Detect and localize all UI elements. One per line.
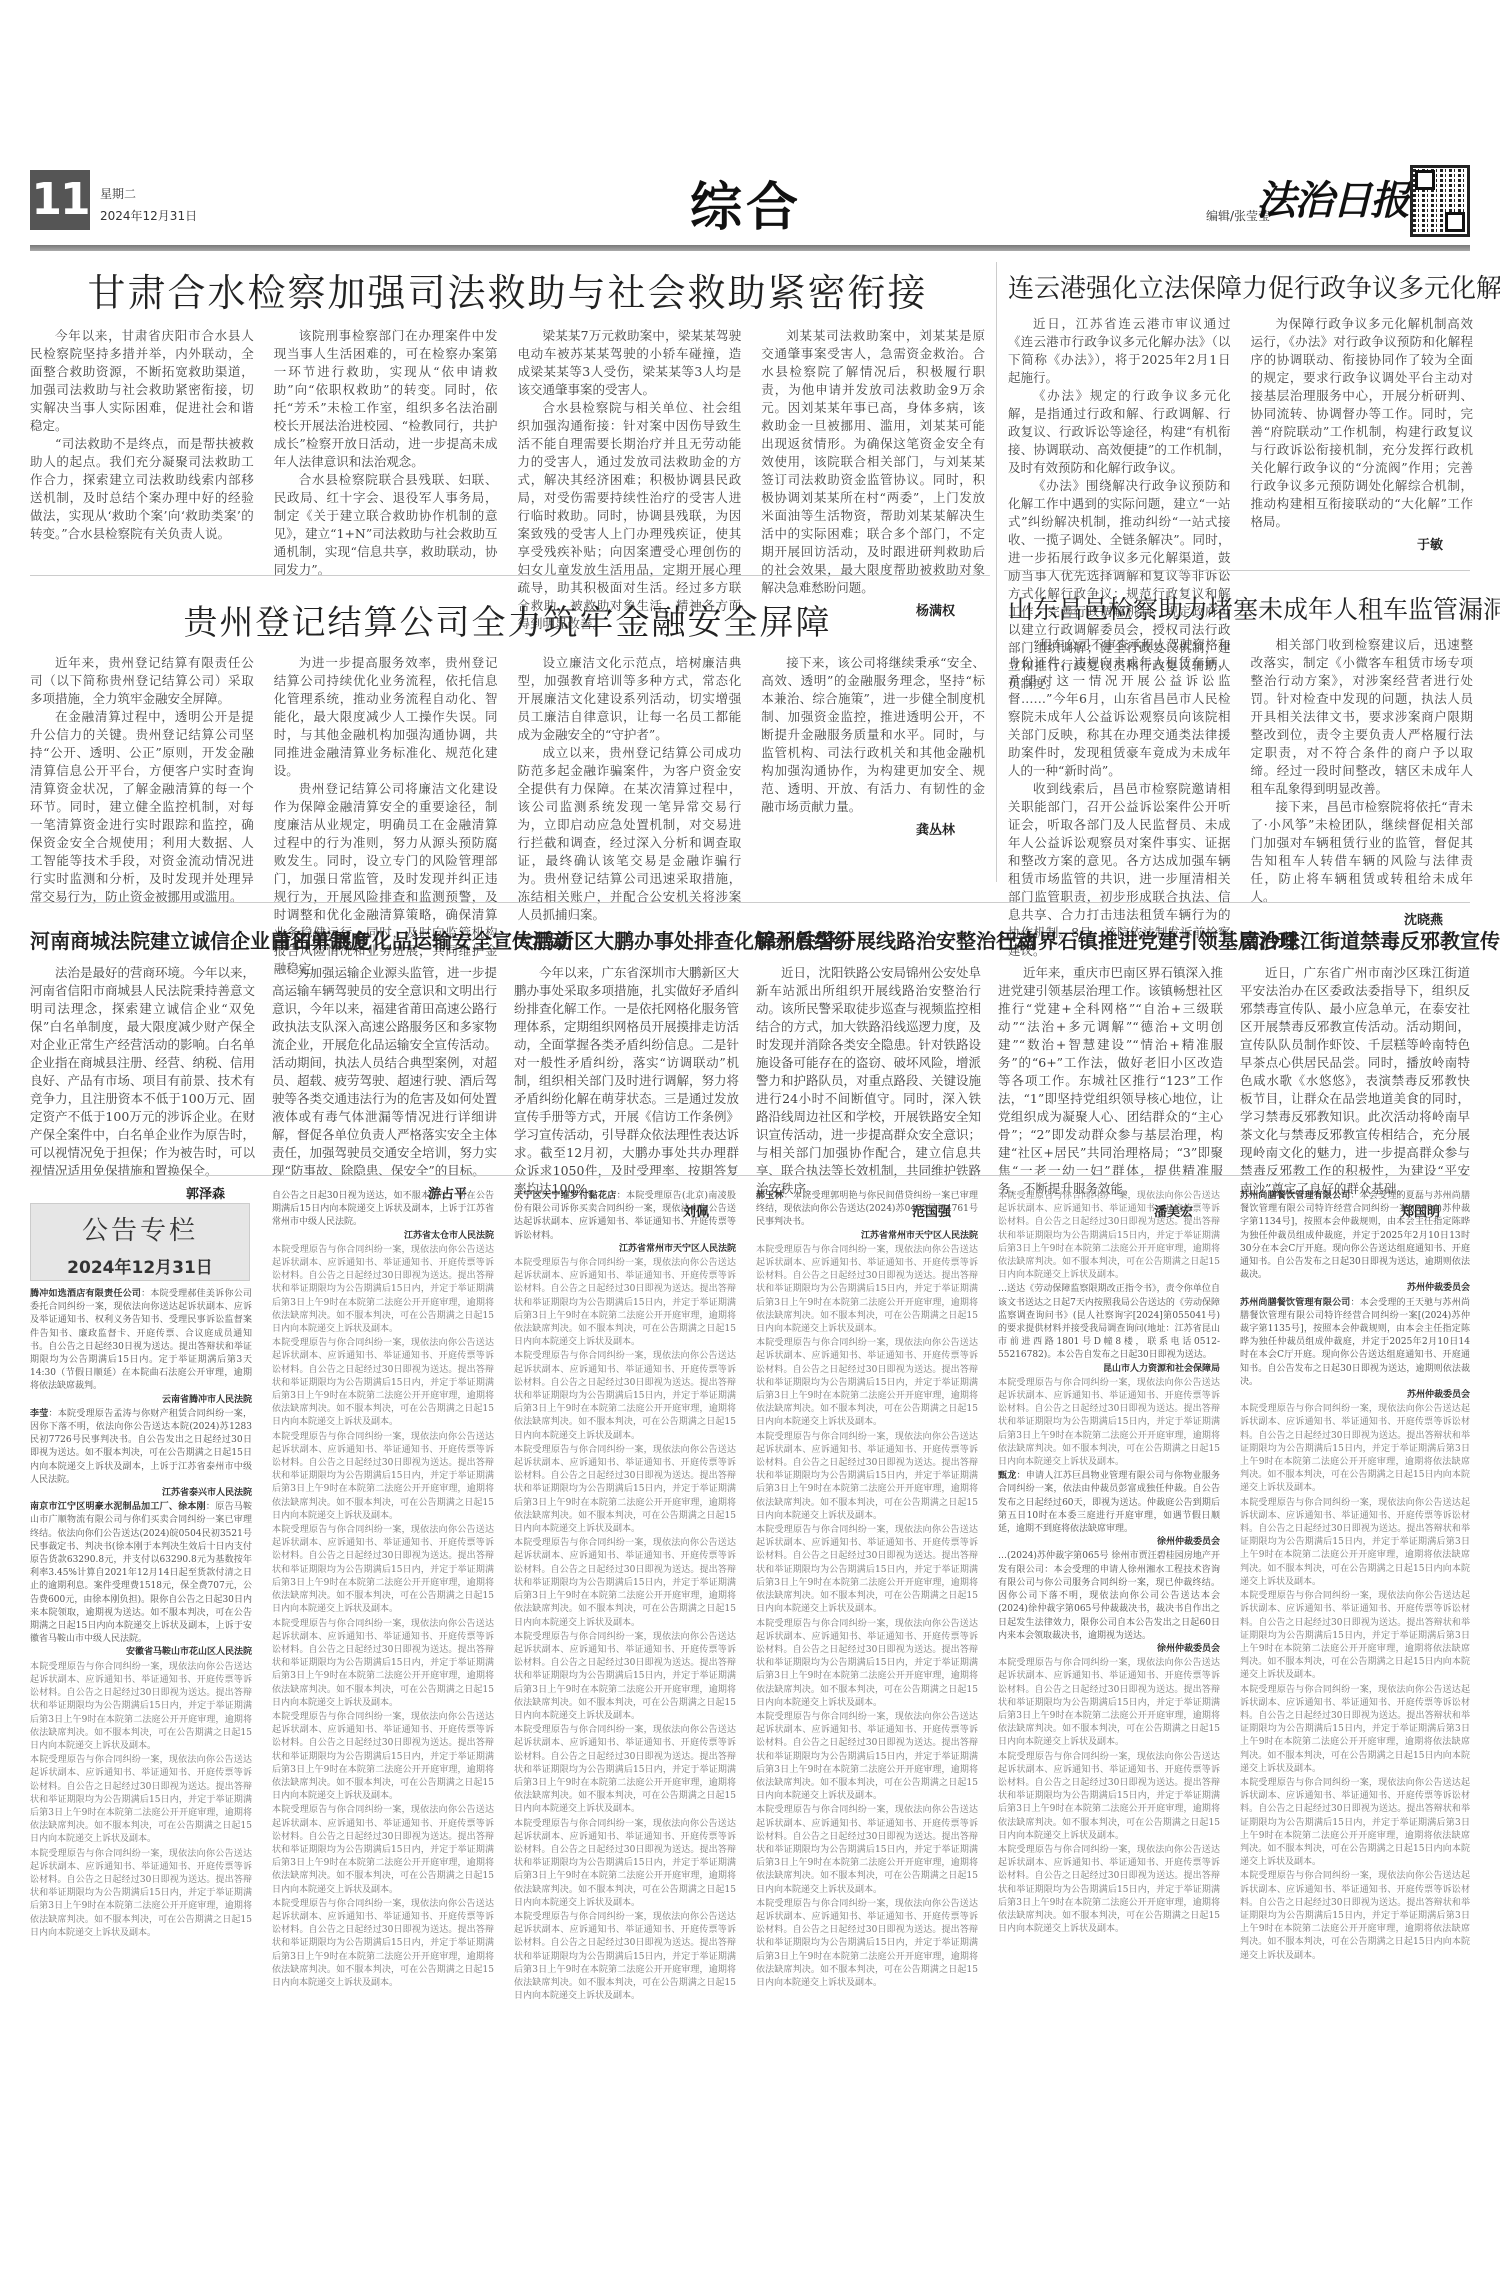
notice-item: 本院受理原告与你合同纠纷一案，现依法向你公告送达起诉状副本、应诉通知书、举证通知… — [30, 1848, 252, 1940]
article-column: 法治是最好的营商环境。今年以来，河南省信阳市商城县人民法院秉持善意文明司法理念，… — [30, 964, 255, 1204]
article-henan: 河南商城法院建立诚信企业白名单制度 法治是最好的营商环境。今年以来，河南省信阳市… — [30, 925, 255, 1204]
notice-text: 本院受理原告与你合同纠纷一案，现依法向你公告送达起诉状副本、应诉通知书、举证通知… — [272, 1338, 494, 1427]
notice-item: 本院受理原告与你合同纠纷一案，现依法向你公告送达起诉状副本、应诉通知书、举证通知… — [272, 1244, 494, 1336]
article-banan: 巴南界石镇推进党建引领基层治理 近年来，重庆市巴南区界石镇深入推进党建引领基层治… — [998, 925, 1223, 1222]
notice-party: 南京市江宁区明豪水泥制品加工厂、徐本刚 — [30, 1502, 206, 1512]
article-guizhou: 贵州登记结算公司全力筑牢金融安全屏障 近年来，贵州登记结算有限责任公司（以下简称… — [30, 595, 985, 978]
paragraph: 今年以来，甘肃省庆阳市合水县人民检察院坚持多措并举，内外联动，全面整合救助资源，… — [30, 327, 254, 435]
section-divider — [1004, 570, 1470, 571]
notice-text: 本会受理的王天驰与苏州尚膳餐饮管理有限公司特许经营合同纠纷一案[(2024)苏仲… — [1240, 1298, 1470, 1387]
notice-item: 本院受理原告与你合同纠纷一案，现依法向你公告送达起诉状副本、应诉通知书、举证通知… — [756, 1337, 978, 1429]
paragraph: 为进一步提高服务效率，贵州登记结算公司持续优化业务流程，依托信息化管理系统，推动… — [274, 654, 498, 780]
notice-item: 本院受理原告与你合同纠纷一案，现依法向你公告送达起诉状副本、应诉通知书、举证通知… — [272, 1898, 494, 1990]
notice-text: 本院受理原告与你合同纠纷一案，现依法向你公告送达起诉状副本、应诉通知书、举证通知… — [998, 1845, 1220, 1934]
notice-issuer: 苏州仲裁委员会 — [1240, 1389, 1470, 1402]
paragraph: 为保障行政争议多元化解机制高效运行，《办法》对行政争议预防和化解程序的协调联动、… — [1251, 315, 1474, 531]
notice-issuer: 江苏省常州市天宁区人民法院 — [756, 1230, 978, 1243]
notice-item: 本院受理原告与你合同纠纷一案，现依法向你公告送达起诉状副本、应诉通知书、举证通知… — [756, 1618, 978, 1710]
notice-party: 苏州尚膳餐饮管理有限公司 — [1240, 1191, 1350, 1201]
notice-column: 自公告之日起30日视为送达，如不服本判决，可在公告期满后15日内向本院递交上诉状… — [272, 1190, 494, 2265]
notice-item: 本院受理原告与你合同纠纷一案，现依法向你公告送达起诉状副本、应诉通知书、举证通知… — [514, 1257, 736, 1349]
page-number: 11 — [30, 170, 90, 230]
notice-text: 本院受理原告与你合同纠纷一案，现依法向你公告送达起诉状副本、应诉通知书、举证通知… — [272, 1805, 494, 1894]
article-gansu: 甘肃合水检察加强司法救助与社会救助紧密衔接 今年以来，甘肃省庆阳市合水县人民检察… — [30, 262, 985, 633]
notice-item: 本院受理原告与你合同纠纷一案，现依法向你公告送达起诉状副本、应诉通知书、举证通知… — [998, 1844, 1220, 1936]
paragraph: 合水县检察院联合县残联、妇联、民政局、红十字会、退役军人事务局，制定《关于建立联… — [274, 471, 498, 579]
notice-column: 苏州尚膳餐饮管理有限公司：本会受理的夏磊与苏州尚膳餐饮管理有限公司特许经营合同纠… — [1240, 1190, 1470, 2265]
notice-issuer: 江苏省太仓市人民法院 — [272, 1230, 494, 1243]
notice-text: 本院受理原告与你合同纠纷一案，现依法向你公告送达起诉状副本、应诉通知书、举证通知… — [514, 1351, 736, 1440]
notice-item: 本院受理原告与你合同纠纷一案，现依法向你公告送达起诉状副本、应诉通知书、举证通知… — [272, 1337, 494, 1429]
paragraph: 《办法》规定的行政争议多元化解，是指通过行政和解、行政调解、行政复议、行政诉讼等… — [1008, 387, 1231, 477]
article-nansha: 南沙珠江街道禁毒反邪教宣传进社区 近日，广东省广州市南沙区珠江街道平安法治办在区… — [1240, 925, 1470, 1222]
notice-item: 南京市江宁区明豪水泥制品加工厂、徐本刚：原告马鞍山市广顺物流有限公司与你们买卖合… — [30, 1501, 252, 1659]
notice-item: 本院受理原告与你合同纠纷一案，现依法向你公告送达起诉状副本、应诉通知书、举证通知… — [756, 1711, 978, 1803]
paragraph: 接下来，该公司将继续秉承“安全、高效、透明”的金融服务理念，坚持“标本兼治、综合… — [761, 654, 985, 816]
section-divider — [30, 1175, 1470, 1176]
notice-item: 本院受理原告与你合同纠纷一案，现依法向你公告送达起诉状副本、应诉通知书、举证通知… — [756, 1804, 978, 1896]
notice-text: 本院受理原告与你合同纠纷一案，现依法向你公告送达起诉状副本、应诉通知书、举证通知… — [756, 1525, 978, 1614]
notice-column: 天宁区天宁维罗付黏花店：本院受理原告(北京)南凌股份有限公司诉你买卖合同纠纷一案… — [514, 1190, 736, 2265]
notice-item: 本院受理原告与你合同纠纷一案，现依法向你公告送达起诉状副本、应诉通知书、举证通知… — [272, 1711, 494, 1803]
notice-item: 本院受理原告与你合同纠纷一案，现依法向你公告送达起诉状副本、应诉通知书、举证通知… — [998, 1751, 1220, 1843]
paragraph: “租车公司不审查承租人驾驶资格和身份证件，违规向未成年人租赁车辆，希望对这一情况… — [1008, 636, 1231, 780]
notice-item: 本院受理原告与你合同纠纷一案，现依法向你公告送达起诉状副本、应诉通知书、举证通知… — [998, 1657, 1220, 1749]
paragraph: 近年来，贵州登记结算有限责任公司（以下简称贵州登记结算公司）采取多项措施，全力筑… — [30, 654, 254, 708]
notice-text: 本院受理原告与你合同纠纷一案，现依法向你公告送达起诉状副本、应诉通知书、举证通知… — [756, 1619, 978, 1708]
notice-item: 本院受理原告与你合同纠纷一案，现依法向你公告送达起诉状副本、应诉通知书、举证通知… — [514, 1350, 736, 1442]
notice-item: 本院受理原告与你合同纠纷一案，现依法向你公告送达起诉状副本、应诉通知书、举证通知… — [1240, 1403, 1470, 1495]
article-jinzhou: 锦州铁警开展线路治安整治行动 近日，沈阳铁路公安局锦州公安处阜新车站派出所组织开… — [756, 925, 981, 1222]
notice-text: …送达《劳动保障监察限期改正指令书》，责令你单位自该文书送达之日起7天内按照我局… — [998, 1284, 1220, 1360]
notice-item: 本院受理原告与你合同纠纷一案，现依法向你公告送达起诉状副本、应诉通知书、举证通知… — [756, 1898, 978, 1990]
notice-item: 本院受理原告与你合同纠纷一案，现依法向你公告送达起诉状副本、应诉通知书、举证通知… — [514, 1444, 736, 1536]
article-column: 近日，广东省广州市南沙区珠江街道平安法治办在区委政法委指导下，组织反邪禁毒宣传队… — [1240, 964, 1470, 1222]
notice-section-title: 公告专栏 — [31, 1210, 249, 1247]
notice-text: 本会受理的夏磊与苏州尚膳餐饮管理有限公司特许经营合同纠纷一案[(2024)苏仲裁… — [1240, 1191, 1470, 1280]
notice-text: 本院受理原告与你合同纠纷一案，现依法向你公告送达起诉状副本、应诉通知书、举证通知… — [272, 1712, 494, 1801]
notice-text: 本院受理原告与你合同纠纷一案，现依法向你公告送达起诉状副本、应诉通知书、举证通知… — [756, 1338, 978, 1427]
notice-text: 本院受理原告与你合同纠纷一案，现依法向你公告送达起诉状副本、应诉通知书、举证通知… — [272, 1432, 494, 1521]
byline: 龚丛林 — [761, 822, 985, 840]
paragraph: 接下来，昌邑市检察院将依托“青未了·小风筝”未检团队，继续督促相关部门加强对车辆… — [1251, 798, 1474, 906]
notice-text: 本院受理原告与你合同纠纷一案，现依法向你公告送达起诉状副本、应诉通知书、举证通知… — [756, 1899, 978, 1988]
notice-item: 本院受理原告与你合同纠纷一案，现依法向你公告送达起诉状副本、应诉通知书、举证通知… — [514, 1818, 736, 1910]
notice-text: 本院受理原告与你合同纠纷一案，现依法向你公告送达起诉状副本、应诉通知书、举证通知… — [998, 1752, 1220, 1841]
notice-text: 本院受理原告与你合同纠纷一案，现依法向你公告送达起诉状副本、应诉通知书、举证通知… — [272, 1619, 494, 1708]
notice-item: 天宁区天宁维罗付黏花店：本院受理原告(北京)南凌股份有限公司诉你买卖合同纠纷一案… — [514, 1190, 736, 1256]
paragraph: 成立以来，贵州登记结算公司成功防范多起金融诈骗案件，为客户资金安全提供有力保障。… — [518, 744, 742, 924]
notice-item: 本院受理原告与你合同纠纷一案，现依法向你公告送达起诉状副本、应诉通知书、举证通知… — [514, 1537, 736, 1629]
paragraph: 近年来，重庆市巴南区界石镇深入推进党建引领基层治理工作。该镇畅想社区推行“党建+… — [998, 964, 1223, 1198]
paragraph: 梁某某7万元救助案中，梁某某驾驶电动车被苏某某驾驶的小轿车碰撞，造成梁某某等3人… — [518, 327, 742, 399]
paragraph: 相关部门收到检察建议后，迅速整改落实，制定《小微客车租赁市场专项整治行动方案》，… — [1251, 636, 1474, 798]
page-header: 11 星期二 2024年12月31日 综合 编辑/张莹莹 法治日报 — [30, 165, 1470, 245]
article-dapeng: 大鹏新区大鹏办事处排查化解矛盾纠纷 今年以来，广东省深圳市大鹏新区大鹏办事处采取… — [514, 925, 739, 1222]
notice-party: 甄龙 — [998, 1471, 1017, 1481]
notice-text: 本院受理原告与你合同纠纷一案，现依法向你公告送达起诉状副本、应诉通知书、举证通知… — [1240, 1591, 1470, 1680]
newspaper-logo: 法治日报 — [1256, 169, 1408, 226]
qr-code-icon — [1410, 165, 1470, 237]
notice-text: 本院受理原告与你合同纠纷一案，现依法向你公告送达起诉状副本、应诉通知书、举证通知… — [998, 1378, 1220, 1467]
article-column: 该院刑事检察部门在办理案件中发现当事人生活困难的，可在检察办案第一环节进行救助，… — [274, 327, 498, 633]
notice-item: 本院受理原告与你合同纠纷一案，现依法向你公告送达起诉状副本、应诉通知书、举证通知… — [756, 1244, 978, 1336]
notice-text: 自公告之日起30日视为送达，如不服本判决，可在公告期满后15日内向本院递交上诉状… — [272, 1191, 494, 1227]
notice-item: 本院受理原告与你合同纠纷一案，现依法向你公告送达起诉状副本、应诉通知书、举证通知… — [1240, 1684, 1470, 1776]
article-column: 今年以来，甘肃省庆阳市合水县人民检察院坚持多措并举，内外联动，全面整合救助资源，… — [30, 327, 254, 633]
notice-item: 本院受理原告与你合同纠纷一案，现依法向你公告送达起诉状副本、应诉通知书、举证通知… — [1240, 1777, 1470, 1869]
notice-text: 本院受理郝佳美诉你公司委托合同纠纷一案，现依法向你送达起诉状副本、应诉及举证通知… — [30, 1289, 252, 1391]
notice-text: 本院受理原告与你合同纠纷一案，现依法向你公告送达起诉状副本、应诉通知书、举证通知… — [514, 1819, 736, 1908]
notice-text: 本院受理原告与你合同纠纷一案，现依法向你公告送达起诉状副本、应诉通知书、举证通知… — [30, 1662, 252, 1751]
notice-issuer: 徐州仲裁委员会 — [998, 1536, 1220, 1549]
paragraph: 设立廉洁文化示范点，培树廉洁典型，加强教育培训等多种方式，常态化开展廉洁文化建设… — [518, 654, 742, 744]
notice-text: 申请人江苏巨昌物业管理有限公司与你物业服务合同纠纷一案，依法由仲裁员彭富成独任仲… — [998, 1471, 1220, 1534]
notice-text: 本院受理原告与你合同纠纷一案，现依法向你公告送达起诉状副本、应诉通知书、举证通知… — [756, 1245, 978, 1334]
notice-item: 本院受理原告与你合同纠纷一案，现依法向你公告送达起诉状副本、应诉通知书、举证通知… — [272, 1804, 494, 1896]
notice-text: 本院受理原告与你合同纠纷一案，现依法向你公告送达起诉状副本、应诉通知书、举证通知… — [514, 1258, 736, 1347]
article-column: 梁某某7万元救助案中，梁某某驾驶电动车被苏某某驾驶的小轿车碰撞，造成梁某某等3人… — [518, 327, 742, 633]
article-headline: 贵州登记结算公司全力筑牢金融安全屏障 — [30, 595, 985, 644]
notice-item: 本院受理原告与你合同纠纷一案，现依法向你公告送达起诉状副本、应诉通知书、举证通知… — [1240, 1497, 1470, 1589]
notice-text: 本院受理原告与你合同纠纷一案，现依法向你公告送达起诉状副本、应诉通知书、举证通知… — [514, 1538, 736, 1627]
notice-text: 本院受理原告与你合同纠纷一案，现依法向你公告送达起诉状副本、应诉通知书、举证通知… — [1240, 1685, 1470, 1774]
paragraph: 近日，江苏省连云港市审议通过《连云港市行政争议多元化解办法》（以下简称《办法》）… — [1008, 315, 1231, 387]
paragraph: 为加强运输企业源头监管，进一步提高运输车辆驾驶员的安全意识和文明出行意识，今年以… — [272, 964, 497, 1180]
notice-item: 本院受理原告与你合同纠纷一案，现依法向你公告送达起诉状副本、应诉通知书、举证通知… — [998, 1190, 1220, 1282]
notice-item: 本院受理原告与你合同纠纷一案，现依法向你公告送达起诉状副本、应诉通知书、举证通知… — [756, 1524, 978, 1616]
article-column: 相关部门收到检察建议后，迅速整改落实，制定《小微客车租赁市场专项整治行动方案》，… — [1251, 636, 1474, 960]
article-headline: 河南商城法院建立诚信企业白名单制度 — [30, 925, 255, 954]
notice-text: 本院受理原告与你合同纠纷一案，现依法向你公告送达起诉状副本、应诉通知书、举证通知… — [1240, 1871, 1470, 1960]
column-divider — [996, 262, 997, 882]
article-headline: 大鹏新区大鹏办事处排查化解矛盾纠纷 — [514, 925, 739, 954]
paragraph: “司法救助不是终点，而是帮扶被救助人的起点。我们充分凝聚司法救助工作合力，探索建… — [30, 435, 254, 543]
article-headline: 巴南界石镇推进党建引领基层治理 — [998, 925, 1223, 954]
notice-column: 郝玉林：本院受理郭明艳与你民间借贷纠纷一案已审理终结，现依法向你公告送达(202… — [756, 1190, 978, 2265]
notice-text: 本院受理原告与你合同纠纷一案，现依法向你公告送达起诉状副本、应诉通知书、举证通知… — [272, 1525, 494, 1614]
article-headline: 南沙珠江街道禁毒反邪教宣传进社区 — [1240, 925, 1470, 954]
notice-item: …送达《劳动保障监察限期改正指令书》，责令你单位自该文书送达之日起7天内按照我局… — [998, 1283, 1220, 1375]
notice-party: 苏州尚膳餐饮管理有限公司 — [1240, 1298, 1350, 1308]
notice-item: …(2024)苏仲裁字第065号 徐州市贾汪碧桂园房地产开发有限公司：本会受理的… — [998, 1550, 1220, 1656]
notice-text: 原告马鞍山市广顺物流有限公司与你们买卖合同纠纷一案已审理终结。依法向你们公告送达… — [30, 1502, 252, 1644]
issue-date: 2024年12月31日 — [100, 205, 197, 227]
notice-item: 本院受理原告与你合同纠纷一案，现依法向你公告送达起诉状副本、应诉通知书、举证通知… — [514, 1631, 736, 1723]
notice-text: 本院受理原告与你合同纠纷一案，现依法向你公告送达起诉状副本、应诉通知书、举证通知… — [514, 1725, 736, 1814]
notice-text: 本院受理原告与你合同纠纷一案，现依法向你公告送达起诉状副本、应诉通知书、举证通知… — [30, 1849, 252, 1938]
notice-item: 本院受理原告与你合同纠纷一案，现依法向你公告送达起诉状副本、应诉通知书、举证通知… — [30, 1661, 252, 1753]
notice-item: 自公告之日起30日视为送达，如不服本判决，可在公告期满后15日内向本院递交上诉状… — [272, 1190, 494, 1243]
section-divider — [30, 902, 1470, 903]
notice-item: 甄龙：申请人江苏巨昌物业管理有限公司与你物业服务合同纠纷一案，依法由仲裁员彭富成… — [998, 1470, 1220, 1549]
notice-item: 李莹：本院受理原告孟涛与你财产租赁合同纠纷一案，因你下落不明，依法向你公告送达本… — [30, 1408, 252, 1500]
byline: 郭泽森 — [30, 1186, 255, 1204]
notice-item: 本院受理原告与你合同纠纷一案，现依法向你公告送达起诉状副本、应诉通知书、举证通知… — [1240, 1590, 1470, 1682]
header-rule — [30, 245, 1470, 251]
notice-text: 本院受理原告与你合同纠纷一案，现依法向你公告送达起诉状副本、应诉通知书、举证通知… — [30, 1755, 252, 1844]
notice-text: 本院受理原告与你合同纠纷一案，现依法向你公告送达起诉状副本、应诉通知书、举证通知… — [756, 1712, 978, 1801]
notice-text: 本院受理原告与你合同纠纷一案，现依法向你公告送达起诉状副本、应诉通知书、举证通知… — [272, 1899, 494, 1988]
article-shandong: 山东昌邑检察助力堵塞未成年人租车监管漏洞 “租车公司不审查承租人驾驶资格和身份证… — [1008, 590, 1473, 960]
notice-text: 本院受理原告与你合同纠纷一案，现依法向你公告送达起诉状副本、应诉通知书、举证通知… — [998, 1658, 1220, 1747]
notice-item: 本院受理原告与你合同纠纷一案，现依法向你公告送达起诉状副本、应诉通知书、举证通知… — [272, 1431, 494, 1523]
article-headline: 莆田开展危化品运输安全宣传活动 — [272, 925, 497, 954]
article-column: 今年以来，广东省深圳市大鹏新区大鹏办事处采取多项措施，扎实做好矛盾纠纷排查化解工… — [514, 964, 739, 1222]
notice-text: 本院受理原告与你合同纠纷一案，现依法向你公告送达起诉状副本、应诉通知书、举证通知… — [756, 1805, 978, 1894]
notice-text: 本院受理原告与你合同纠纷一案，现依法向你公告送达起诉状副本、应诉通知书、举证通知… — [998, 1191, 1220, 1280]
notice-text: 本院受理原告与你合同纠纷一案，现依法向你公告送达起诉状副本、应诉通知书、举证通知… — [514, 1445, 736, 1534]
notice-item: 本院受理原告与你合同纠纷一案，现依法向你公告送达起诉状副本、应诉通知书、举证通知… — [30, 1754, 252, 1846]
notice-text: 本院受理郭明艳与你民间借贷纠纷一案已审理终结，现依法向你公告送达(2024)苏0… — [756, 1191, 978, 1227]
notice-item: 本院受理原告与你合同纠纷一案，现依法向你公告送达起诉状副本、应诉通知书、举证通知… — [514, 1724, 736, 1816]
article-putian: 莆田开展危化品运输安全宣传活动 为加强运输企业源头监管，进一步提高运输车辆驾驶员… — [272, 925, 497, 1204]
paragraph: 刘某某司法救助案中，刘某某是原交通肇事案受害人，急需资金救治。合水县检察院了解情… — [761, 327, 985, 597]
paragraph: 在金融清算过程中，透明公开是提升公信力的关键。贵州登记结算公司坚持“公开、透明、… — [30, 708, 254, 906]
article-headline: 连云港强化立法保障力促行政争议多元化解 — [1008, 268, 1473, 305]
page-meta: 星期二 2024年12月31日 — [100, 183, 197, 227]
notice-text: 本院受理原告与你合同纠纷一案，现依法向你公告送达起诉状副本、应诉通知书、举证通知… — [1240, 1498, 1470, 1587]
notice-item: 本院受理原告与你合同纠纷一案，现依法向你公告送达起诉状副本、应诉通知书、举证通知… — [998, 1377, 1220, 1469]
notice-item: 郝玉林：本院受理郭明艳与你民间借贷纠纷一案已审理终结，现依法向你公告送达(202… — [756, 1190, 978, 1243]
notice-text: 本院受理原告与你合同纠纷一案，现依法向你公告送达起诉状副本、应诉通知书、举证通知… — [514, 1632, 736, 1721]
notice-issuer: 昆山市人力资源和社会保障局 — [998, 1363, 1220, 1376]
notice-issuer: 苏州仲裁委员会 — [1240, 1282, 1470, 1295]
paragraph: 近日，沈阳铁路公安局锦州公安处阜新车站派出所组织开展线路治安整治行动。该所民警采… — [756, 964, 981, 1198]
byline: 于敏 — [1251, 537, 1474, 555]
notice-text: 本院受理原告与你合同纠纷一案，现依法向你公告送达起诉状副本、应诉通知书、举证通知… — [756, 1432, 978, 1521]
article-column: 近日，沈阳铁路公安局锦州公安处阜新车站派出所组织开展线路治安整治行动。该所民警采… — [756, 964, 981, 1222]
notice-issuer: 徐州仲裁委员会 — [998, 1643, 1220, 1656]
article-column: “租车公司不审查承租人驾驶资格和身份证件，违规向未成年人租赁车辆，希望对这一情况… — [1008, 636, 1231, 960]
notice-party: 天宁区天宁维罗付黏花店 — [514, 1191, 617, 1201]
notice-column: 腾冲如选酒店有限责任公司：本院受理郝佳美诉你公司委托合同纠纷一案，现依法向你送达… — [30, 1288, 252, 2263]
article-column: 刘某某司法救助案中，刘某某是原交通肇事案受害人，急需资金救治。合水县检察院了解情… — [761, 327, 985, 633]
weekday: 星期二 — [100, 183, 197, 205]
notice-text: 本院受理原告与你合同纠纷一案，现依法向你公告送达起诉状副本、应诉通知书、举证通知… — [1240, 1778, 1470, 1867]
notice-section-header: 公告专栏 2024年12月31日 — [30, 1203, 250, 1281]
article-headline: 锦州铁警开展线路治安整治行动 — [756, 925, 981, 954]
notice-item: 本院受理原告与你合同纠纷一案，现依法向你公告送达起诉状副本、应诉通知书、举证通知… — [1240, 1870, 1470, 1962]
article-column: 为加强运输企业源头监管，进一步提高运输车辆驾驶员的安全意识和文明出行意识，今年以… — [272, 964, 497, 1204]
notice-party: 李莹 — [30, 1409, 49, 1419]
paragraph: 近日，广东省广州市南沙区珠江街道平安法治办在区委政法委指导下，组织反邪禁毒宣传队… — [1240, 964, 1470, 1198]
notice-issuer: 安徽省马鞍山市花山区人民法院 — [30, 1646, 252, 1659]
article-headline: 山东昌邑检察助力堵塞未成年人租车监管漏洞 — [1008, 590, 1473, 626]
notice-item: 苏州尚膳餐饮管理有限公司：本会受理的夏磊与苏州尚膳餐饮管理有限公司特许经营合同纠… — [1240, 1190, 1470, 1296]
section-divider — [30, 575, 990, 576]
notice-text: 本院受理原告与你合同纠纷一案，现依法向你公告送达起诉状副本、应诉通知书、举证通知… — [272, 1245, 494, 1334]
notice-issuer: 云南省腾冲市人民法院 — [30, 1394, 252, 1407]
notice-party: 郝玉林 — [756, 1191, 784, 1201]
paragraph: 法治是最好的营商环境。今年以来，河南省信阳市商城县人民法院秉持善意文明司法理念，… — [30, 964, 255, 1180]
article-column: 近年来，重庆市巴南区界石镇深入推进党建引领基层治理工作。该镇畅想社区推行“党建+… — [998, 964, 1223, 1222]
notice-item: 本院受理原告与你合同纠纷一案，现依法向你公告送达起诉状副本、应诉通知书、举证通知… — [756, 1431, 978, 1523]
notice-issuer: 江苏省泰兴市人民法院 — [30, 1487, 252, 1500]
notice-column: 本院受理原告与你合同纠纷一案，现依法向你公告送达起诉状副本、应诉通知书、举证通知… — [998, 1190, 1220, 2265]
notice-text: 本院受理原告与你合同纠纷一案，现依法向你公告送达起诉状副本、应诉通知书、举证通知… — [1240, 1404, 1470, 1493]
article-headline: 甘肃合水检察加强司法救助与社会救助紧密衔接 — [30, 262, 985, 317]
notice-text: 本院受理原告与你合同纠纷一案，现依法向你公告送达起诉状副本、应诉通知书、举证通知… — [514, 1912, 736, 2001]
notice-item: 本院受理原告与你合同纠纷一案，现依法向你公告送达起诉状副本、应诉通知书、举证通知… — [514, 1911, 736, 2003]
notice-text: 本院受理原告孟涛与你财产租赁合同纠纷一案，因你下落不明，依法向你公告送达本院(2… — [30, 1409, 252, 1485]
notice-item: 本院受理原告与你合同纠纷一案，现依法向你公告送达起诉状副本、应诉通知书、举证通知… — [272, 1524, 494, 1616]
notice-item: 本院受理原告与你合同纠纷一案，现依法向你公告送达起诉状副本、应诉通知书、举证通知… — [272, 1618, 494, 1710]
notice-text: …(2024)苏仲裁字第065号 徐州市贾汪碧桂园房地产开发有限公司：本会受理的… — [998, 1551, 1220, 1640]
paragraph: 今年以来，广东省深圳市大鹏新区大鹏办事处采取多项措施，扎实做好矛盾纠纷排查化解工… — [514, 964, 739, 1198]
notice-party: 腾冲如选酒店有限责任公司 — [30, 1289, 141, 1299]
section-title: 综合 — [690, 165, 802, 240]
notice-section-date: 2024年12月31日 — [31, 1253, 249, 1278]
notice-item: 苏州尚膳餐饮管理有限公司：本会受理的王天驰与苏州尚膳餐饮管理有限公司特许经营合同… — [1240, 1297, 1470, 1403]
notice-issuer: 江苏省常州市天宁区人民法院 — [514, 1243, 736, 1256]
paragraph: 该院刑事检察部门在办理案件中发现当事人生活困难的，可在检察办案第一环节进行救助，… — [274, 327, 498, 471]
notice-item: 腾冲如选酒店有限责任公司：本院受理郝佳美诉你公司委托合同纠纷一案，现依法向你送达… — [30, 1288, 252, 1407]
